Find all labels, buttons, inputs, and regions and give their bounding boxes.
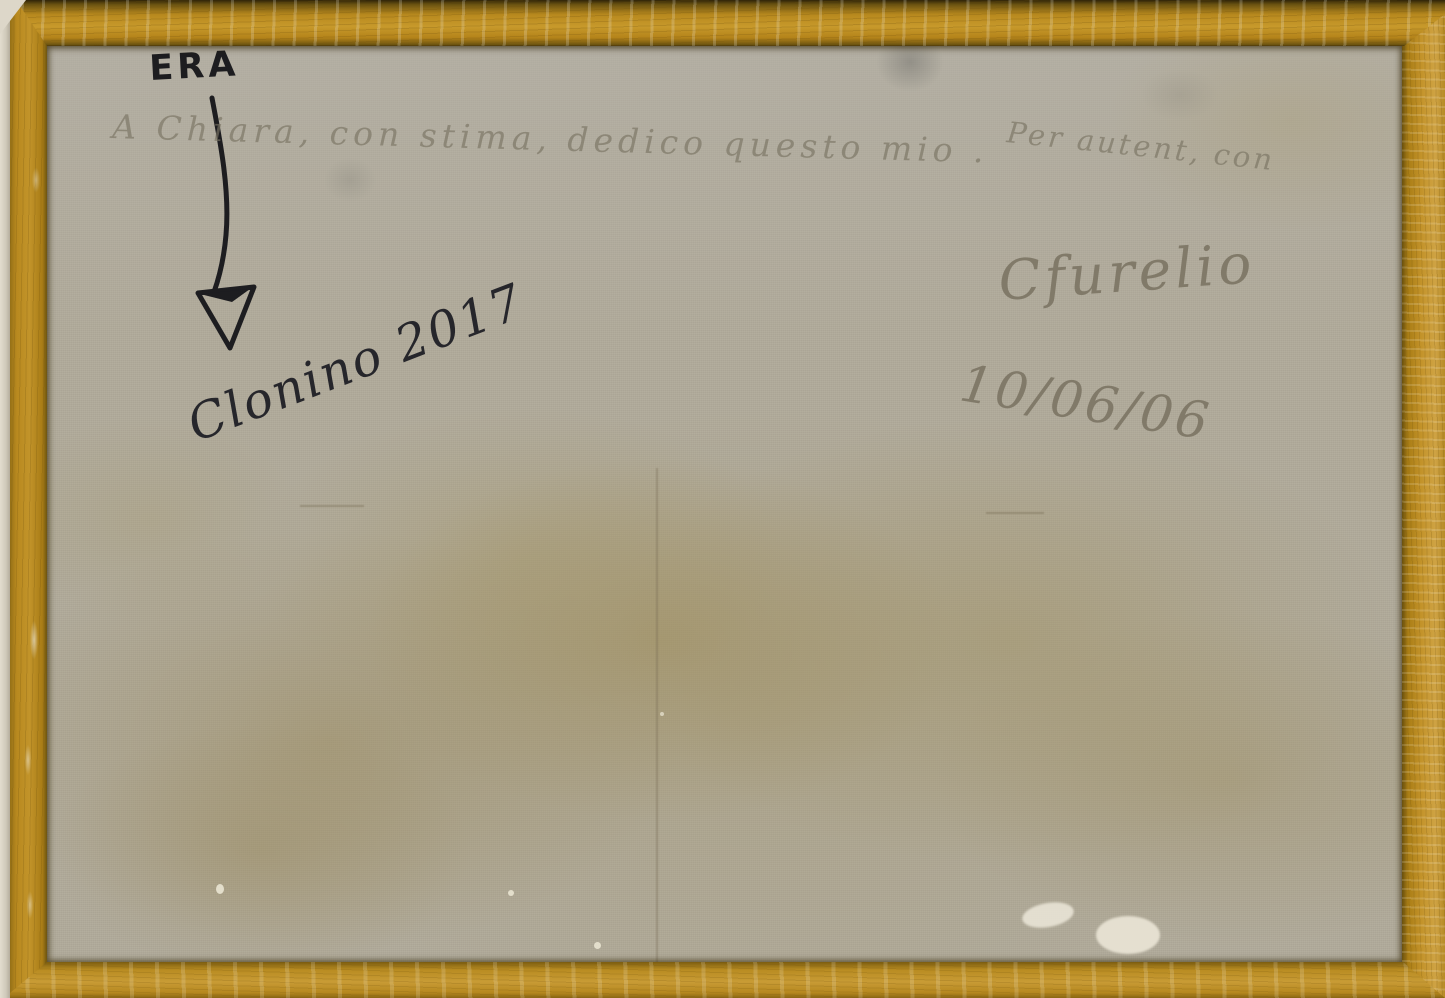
frame-bottom-rail (0, 962, 1445, 998)
frame-right-rail (1402, 0, 1445, 998)
frame-top-rail (0, 0, 1445, 46)
artwork-verso-photo: ERA A Chiara, con stima, dedico questo m… (0, 0, 1445, 998)
frame-inner-shadow (47, 46, 1402, 962)
backing-edge-strip (0, 0, 10, 998)
frame-left-rail (8, 0, 47, 998)
